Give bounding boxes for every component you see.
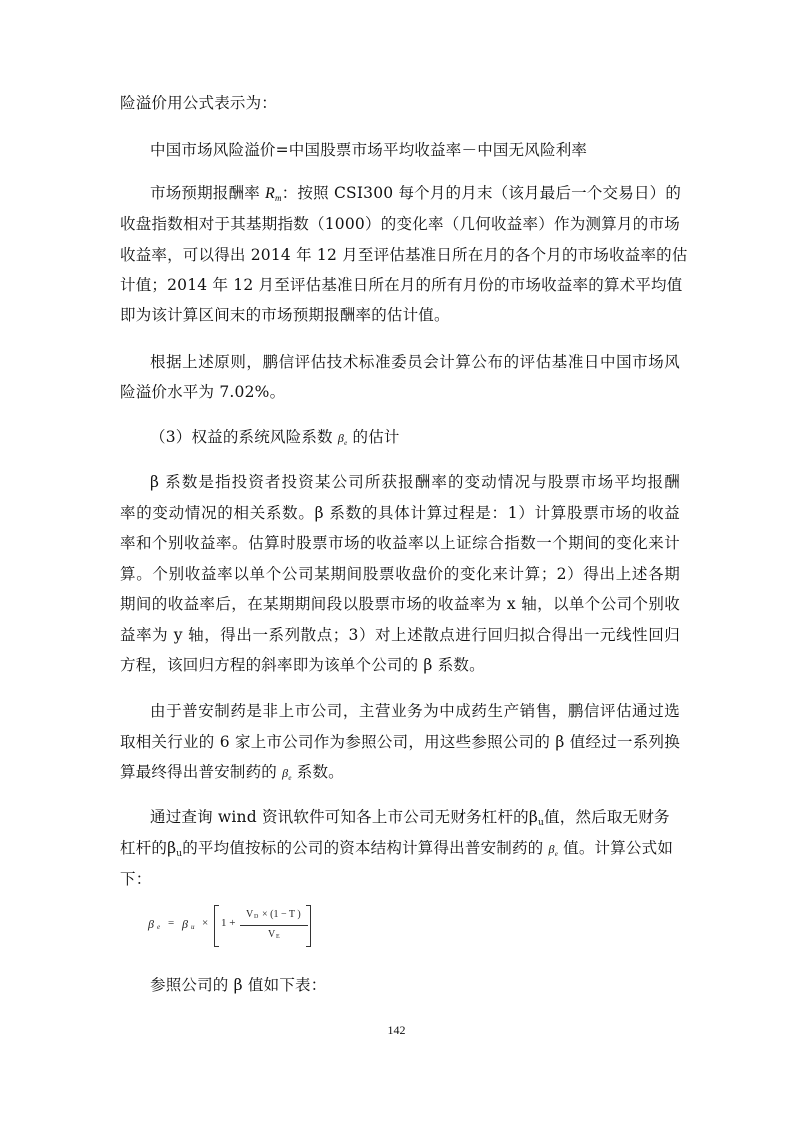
- text: 的估计: [347, 428, 399, 446]
- left-bracket: [214, 905, 219, 947]
- text: 通过查询 wind 资讯软件可知各上市公司无财务杠杆的β: [150, 808, 538, 826]
- right-bracket: [306, 905, 311, 947]
- paragraph-line: 市场预期报酬率 Rm：按照 CSI300 每个月的月末（该月最后一个交易日）的: [150, 183, 680, 208]
- text: ：按照 CSI300 每个月的月末（该月最后一个交易日）的: [282, 184, 681, 202]
- denominator-v: V: [268, 929, 275, 940]
- text: 系数。: [292, 763, 344, 781]
- numerator-v-sub: D: [254, 914, 258, 920]
- paragraph-line: β 系数是指投资者投资某公司所获报酬率的变动情况与股票市场平均报酬: [150, 472, 680, 492]
- paragraph-line: 收盘指数相对于其基期指数（1000）的变化率（几何收益率）作为测算月的市场: [120, 214, 680, 234]
- denominator-v-sub: E: [276, 934, 280, 940]
- text: （3）权益的系统风险系数: [150, 428, 338, 446]
- symbol-R: R: [265, 185, 275, 202]
- paragraph-line: 下：: [120, 869, 680, 889]
- text: 算最终得出普安制药的: [120, 763, 282, 781]
- text: 杠杆的β: [120, 839, 176, 857]
- paragraph-line: 计值；2014 年 12 月至评估基准日所在月的所有月份的市场收益率的算术平均值: [120, 275, 680, 295]
- symbol-sub-m: m: [275, 193, 282, 203]
- paragraph-line: 杠杆的βu的平均值按标的公司的资本结构计算得出普安制药的 βe 值。计算公式如: [120, 838, 680, 864]
- text: 值，然后取无财务: [544, 808, 670, 826]
- equals-sign: =: [168, 917, 174, 929]
- page-number: 142: [0, 1023, 793, 1038]
- section-heading: （3）权益的系统风险系数 βe 的估计: [150, 427, 680, 453]
- paragraph-line: 险溢价水平为 7.02%。: [120, 382, 680, 402]
- fraction-line: [240, 925, 308, 926]
- beta-u-symbol: β: [182, 917, 188, 932]
- one-plus: 1 +: [221, 917, 235, 929]
- beta-e-sub: e: [157, 923, 160, 931]
- beta-e-symbol: β: [148, 917, 154, 932]
- paragraph-line: 方程，该回归方程的斜率即为该单个公司的 β 系数。: [120, 655, 680, 675]
- document-page: 险溢价用公式表示为： 中国市场风险溢价=中国股票市场平均收益率－中国无风险利率 …: [0, 0, 793, 1122]
- beta-u-sub: u: [191, 923, 195, 931]
- paragraph-line: 益率为 y 轴，得出一系列散点；3）对上述散点进行回归拟合得出一元线性回归: [120, 625, 680, 645]
- paragraph-line: 期间的收益率后，在某期期间段以股票市场的收益率为 x 轴，以单个公司个别收: [120, 594, 680, 614]
- text: 市场预期报酬率: [150, 184, 265, 202]
- text: 值。计算公式如: [558, 839, 673, 857]
- paragraph-line: 参照公司的 β 值如下表：: [150, 975, 680, 995]
- times-sign: ×: [202, 917, 208, 929]
- paragraph-line: 由于普安制药是非上市公司，主营业务为中成药生产销售，鹏信评估通过选: [150, 701, 680, 721]
- numerator-v: V: [246, 909, 253, 920]
- text: 的平均值按标的公司的资本结构计算得出普安制药的: [182, 839, 548, 857]
- paragraph-line: 通过查询 wind 资讯软件可知各上市公司无财务杠杆的βu值，然后取无财务: [150, 807, 680, 833]
- paragraph-line: 取相关行业的 6 家上市公司作为参照公司，用这些参照公司的 β 值经过一系列换: [120, 732, 680, 752]
- paragraph-line: 率和个别收益率。估算时股票市场的收益率以上证综合指数一个期间的变化来计: [120, 533, 680, 553]
- paragraph-line: 险溢价用公式表示为：: [120, 93, 680, 113]
- formula-text-line: 中国市场风险溢价=中国股票市场平均收益率－中国无风险利率: [150, 140, 680, 160]
- paragraph-line: 算最终得出普安制药的 βe 系数。: [120, 762, 680, 788]
- beta-formula: β e = β u × 1 + V D × (1 − T ) V E: [148, 903, 348, 953]
- paragraph-line: 算。个别收益率以单个公司某期间股票收盘价的变化来计算；2）得出上述各期: [120, 564, 680, 584]
- paragraph-line: 根据上述原则，鹏信评估技术标准委员会计算公布的评估基准日中国市场风: [150, 352, 680, 372]
- paragraph-line: 收益率，可以得出 2014 年 12 月至评估基准日所在月的各个月的市场收益率的…: [120, 245, 680, 265]
- numerator-rest: × (1 − T ): [262, 909, 301, 920]
- paragraph-line: 即为该计算区间末的市场预期报酬率的估计值。: [120, 305, 680, 325]
- paragraph-line: 率的变动情况的相关系数。β 系数的具体计算过程是：1）计算股票市场的收益: [120, 503, 680, 523]
